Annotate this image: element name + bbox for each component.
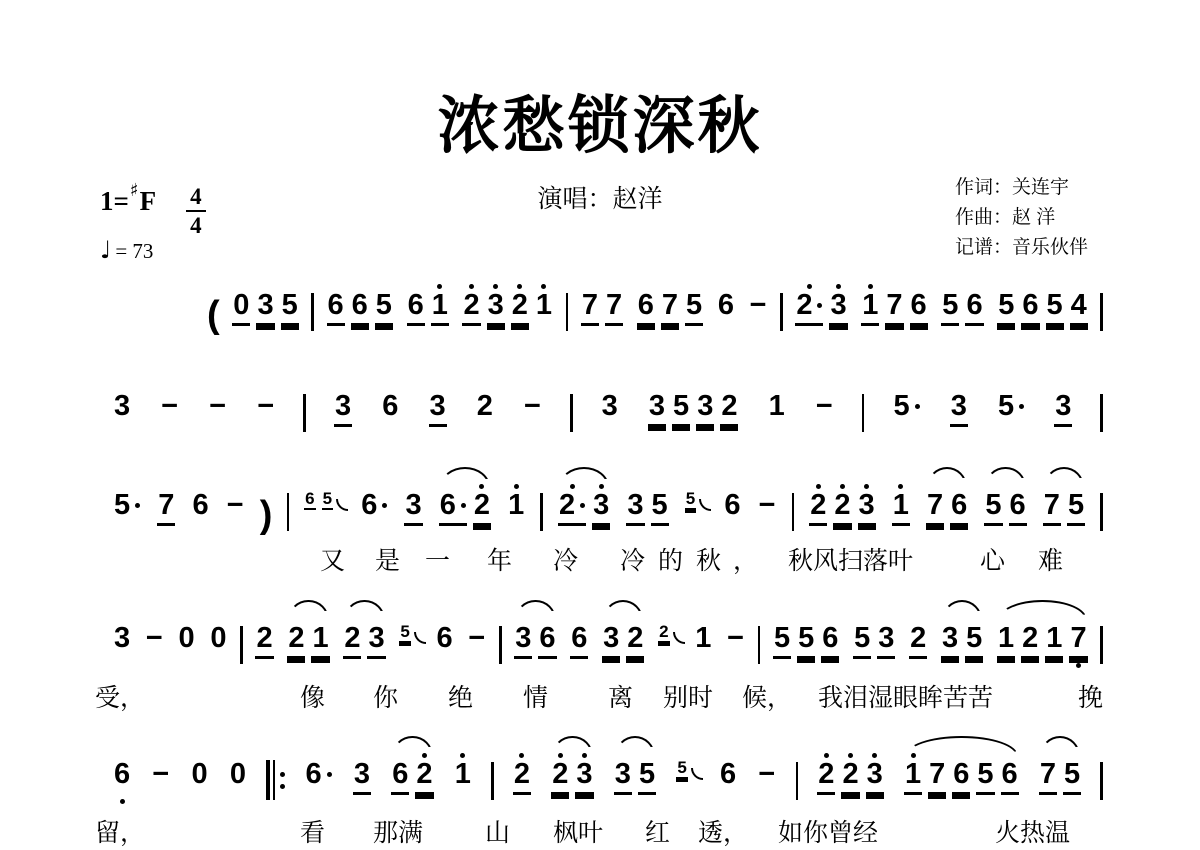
note-5: 5 — [375, 279, 393, 339]
lyric-segment: 透， — [698, 813, 748, 849]
note-digit: 3 — [114, 624, 130, 653]
note-digit: 1 — [862, 291, 878, 320]
note-digit: 0 — [230, 760, 246, 789]
note-3: 3 — [429, 380, 447, 440]
barline — [540, 493, 543, 531]
credits-block: 作词：关连宇 作曲：赵 洋 记谱：音乐伙伴 — [955, 173, 1088, 263]
note-1: 1 — [694, 612, 712, 672]
note-digit: − — [146, 624, 163, 653]
note-group: − — [253, 380, 278, 440]
note-group: 0 — [175, 612, 199, 672]
note-digit: 1 — [508, 491, 524, 520]
note-digit: 1 — [432, 291, 448, 320]
note-digit: 6 — [1002, 760, 1018, 789]
note-6: 6 — [950, 479, 968, 539]
note-6: 6 — [1021, 279, 1039, 339]
note-digit: 5 — [977, 760, 993, 789]
grace-tie — [414, 632, 426, 644]
note-digit: 7 — [927, 491, 943, 520]
note-5: 5 — [638, 748, 656, 808]
note-group: 5 — [994, 380, 1028, 440]
note-digit: 6 — [440, 491, 456, 520]
note-group: 3 — [947, 380, 971, 440]
note-group: − — [755, 479, 780, 539]
note-3: 3 — [866, 748, 884, 808]
rest-note: 0 — [209, 612, 227, 672]
note-group: 2 — [252, 612, 276, 672]
barline — [862, 394, 865, 432]
note-group: 1 — [889, 479, 913, 539]
note-digit: 3 — [576, 760, 592, 789]
note-digit: 2 — [818, 760, 834, 789]
note-digit: 2 — [256, 624, 272, 653]
note-1: 1 — [768, 380, 786, 440]
note-2: 2 — [658, 611, 669, 656]
note-group: 2 — [906, 612, 930, 672]
rest-note: 0 — [178, 612, 196, 672]
note-group: 23 — [792, 279, 850, 339]
note-digit: 6 — [720, 760, 736, 789]
note-group — [778, 293, 785, 339]
note-6: 6 — [192, 479, 210, 539]
note-group: 6 — [110, 748, 134, 808]
note-digit: 6 — [1010, 491, 1026, 520]
note-digit: 2 — [627, 624, 643, 653]
note-digit: 3 — [114, 392, 130, 421]
lyric-segment: 又 — [320, 541, 345, 577]
note-digit: 3 — [368, 624, 384, 653]
note-digit: 1 — [769, 392, 785, 421]
note-group: 6 — [189, 479, 213, 539]
note-digit: 7 — [886, 291, 902, 320]
lyric-segment: 是 — [375, 541, 400, 577]
note-2: 2 — [287, 612, 305, 672]
dash: − — [815, 380, 834, 440]
lyric-segment: 挽 — [1078, 678, 1103, 714]
note-group: 6 — [567, 612, 591, 672]
note-digit: 0 — [179, 624, 195, 653]
grace-tie — [673, 632, 685, 644]
note-digit: 3 — [335, 392, 351, 421]
note-1: 1 — [1045, 612, 1063, 672]
lyric-segment: 别时 — [663, 678, 713, 714]
note-5: 5 — [685, 478, 696, 523]
note-5: 5 — [1046, 279, 1064, 339]
note-digit: 2 — [288, 624, 304, 653]
note-digit: 3 — [515, 624, 531, 653]
note-group — [1098, 626, 1105, 672]
note-2: 2 — [833, 479, 851, 539]
dash: − — [757, 748, 776, 808]
note-digit: 7 — [1070, 624, 1086, 653]
note-group: − — [205, 380, 230, 440]
note-group: 223 — [806, 479, 878, 539]
transcriber-credit: 记谱：音乐伙伴 — [955, 233, 1088, 263]
grace-notes: 5 — [673, 747, 703, 792]
dash: − — [758, 479, 777, 539]
note-digit: 2 — [552, 760, 568, 789]
note-5: 5 — [322, 478, 333, 523]
note-2: 2 — [255, 612, 273, 672]
note-group: 6 — [720, 479, 744, 539]
lyric-segment: 你 — [373, 678, 398, 714]
note-6: 6 — [439, 479, 467, 539]
note-digit: 3 — [830, 291, 846, 320]
note-6: 6 — [360, 479, 388, 539]
note-group: 61 — [404, 279, 452, 339]
note-group: 3 — [426, 380, 450, 440]
note-group — [497, 626, 504, 672]
barline — [1100, 762, 1103, 800]
barline — [1100, 493, 1103, 531]
note-digit: 5 — [673, 392, 689, 421]
barline — [1100, 394, 1103, 432]
sheet-music-page: 浓愁锁深秋 演唱：赵洋 作词：关连宇 作曲：赵 洋 记谱：音乐伙伴 1=♯F 4… — [0, 0, 1200, 850]
note-digit: 3 — [354, 760, 370, 789]
note-group: ) — [258, 496, 275, 539]
note-digit: 5 — [282, 291, 298, 320]
note-digit: 3 — [942, 624, 958, 653]
lyric-segment: 我泪湿眼眸苦苦 — [818, 678, 993, 714]
augmentation-dot — [1019, 404, 1024, 409]
note-digit: 3 — [257, 291, 273, 320]
note-3: 3 — [941, 612, 959, 672]
lyric-segment: 年 — [487, 541, 512, 577]
note-6: 6 — [910, 279, 928, 339]
note-3: 3 — [858, 479, 876, 539]
note-1: 1 — [892, 479, 910, 539]
note-digit: − — [816, 392, 833, 421]
note-2: 2 — [513, 748, 531, 808]
note-2: 2 — [809, 479, 827, 539]
octave-dot-slot — [120, 795, 125, 808]
note-digit: 3 — [649, 392, 665, 421]
note-digit: − — [227, 491, 244, 520]
note-group: − — [520, 380, 545, 440]
note-digit: 5 — [774, 624, 790, 653]
note-2: 2 — [720, 380, 738, 440]
note-digit: 3 — [593, 491, 609, 520]
note-3: 3 — [1054, 380, 1072, 440]
note-2: 2 — [909, 612, 927, 672]
note-group: 5 — [110, 479, 144, 539]
dash: − — [208, 380, 227, 440]
note-6: 6 — [1009, 479, 1027, 539]
note-digit: 6 — [114, 760, 130, 789]
slur-group: 1217 — [994, 612, 1091, 672]
note-digit: 0 — [210, 624, 226, 653]
note-group — [301, 394, 308, 440]
lyric-segment: 留， — [95, 813, 145, 849]
music-line-1: (035665612321776756−23176565654 — [205, 279, 1105, 339]
note-6: 6 — [952, 748, 970, 808]
slur-group: 36 — [511, 612, 559, 672]
note-digit: 1 — [536, 291, 552, 320]
note-group: − — [464, 612, 489, 672]
grace-tie — [691, 768, 703, 780]
note-digit: 2 — [910, 624, 926, 653]
note-group: 5654 — [994, 279, 1091, 339]
lyric-segment: 秋风扫落叶 — [788, 541, 913, 577]
note-digit: 6 — [361, 491, 377, 520]
note-3: 3 — [601, 380, 619, 440]
note-digit: 6 — [306, 760, 322, 789]
lyric-segment: 枫叶 — [553, 813, 603, 849]
note-5: 5 — [892, 380, 920, 440]
note-6: 6 — [723, 479, 741, 539]
key-signature: 1=♯F 4 4 — [100, 188, 206, 243]
lyric-segment: 心 — [980, 541, 1005, 577]
note-group — [1098, 293, 1105, 339]
note-7: 7 — [885, 279, 903, 339]
note-digit: 2 — [834, 491, 850, 520]
note-7: 7 — [928, 748, 946, 808]
note-group: 665 — [324, 279, 396, 339]
augmentation-dot — [817, 303, 822, 308]
note-group: 6 — [302, 748, 336, 808]
note-digit: 5 — [677, 759, 686, 776]
note-digit: − — [524, 392, 541, 421]
note-2: 2 — [511, 279, 529, 339]
note-2: 2 — [473, 479, 491, 539]
note-digit: − — [209, 392, 226, 421]
quarter-note-icon: ♩ — [100, 236, 111, 264]
note-group: − — [746, 279, 771, 339]
note-2: 2 — [1021, 612, 1039, 672]
note-digit: 3 — [697, 392, 713, 421]
note-digit: 5 — [652, 491, 668, 520]
note-3: 3 — [404, 479, 422, 539]
rest-note: 0 — [191, 748, 209, 808]
note-5: 5 — [773, 612, 791, 672]
note-3: 3 — [950, 380, 968, 440]
lyric-segment: 候， — [742, 678, 792, 714]
note-group: 6 — [378, 380, 402, 440]
note-5: 5 — [984, 479, 1002, 539]
note-1: 1 — [507, 479, 525, 539]
note-digit: 5 — [376, 291, 392, 320]
lyric-segment: 的 — [658, 541, 683, 577]
note-digit: 3 — [878, 624, 894, 653]
grace-notes: 5 — [682, 478, 712, 523]
barline — [311, 293, 314, 331]
note-6: 6 — [719, 748, 737, 808]
note-digit: 2 — [344, 624, 360, 653]
lyric-segment: ， — [733, 541, 758, 577]
note-group: − — [723, 612, 748, 672]
dash: − — [256, 380, 275, 440]
tempo-equals: = — [115, 239, 127, 263]
note-digit: 7 — [1040, 760, 1056, 789]
note-5: 5 — [797, 612, 815, 672]
note-2: 2 — [841, 748, 859, 808]
note-2: 2 — [626, 612, 644, 672]
dash: − — [160, 380, 179, 440]
lyric-segment: 山 — [485, 813, 510, 849]
note-group — [790, 493, 797, 539]
note-group: 176 — [858, 279, 930, 339]
lyric-segment: 看 — [300, 813, 325, 849]
barline — [796, 762, 799, 800]
repeat-sign — [266, 760, 285, 800]
low-octave-dot — [1076, 663, 1081, 668]
note-digit: 5 — [1064, 760, 1080, 789]
note-digit: 3 — [859, 491, 875, 520]
note-group: 7 — [154, 479, 178, 539]
note-6: 6 — [538, 612, 556, 672]
note-3: 3 — [334, 380, 352, 440]
note-digit: − — [727, 624, 744, 653]
note-digit: 2 — [721, 392, 737, 421]
note-6: 6 — [821, 612, 839, 672]
note-group: 3 — [110, 380, 134, 440]
note-5: 5 — [997, 380, 1025, 440]
dash: − — [226, 479, 245, 539]
note-5: 5 — [976, 748, 994, 808]
note-group — [285, 493, 292, 539]
note-6: 6 — [351, 279, 369, 339]
music-line-3: 576−)6563621233556−2231765675 — [110, 479, 1105, 539]
lyric-segment: 受， — [95, 678, 145, 714]
note-3: 3 — [256, 279, 274, 339]
note-digit: 4 — [1071, 291, 1087, 320]
dash: − — [523, 380, 542, 440]
note-digit: − — [758, 760, 775, 789]
grace-tie — [699, 499, 711, 511]
note-4: 4 — [1070, 279, 1088, 339]
note-digit: 1 — [312, 624, 328, 653]
note-3: 3 — [575, 748, 593, 808]
note-1: 1 — [431, 279, 449, 339]
note-digit: 3 — [1055, 392, 1071, 421]
note-6: 6 — [304, 478, 315, 523]
note-digit: 5 — [893, 392, 909, 421]
slur-group: 75 — [1040, 479, 1088, 539]
note-7: 7 — [1043, 479, 1061, 539]
note-1: 1 — [861, 279, 879, 339]
lyric-segment: 秋 — [696, 541, 721, 577]
note-2: 2 — [476, 380, 494, 440]
lyric-segment: 离 — [608, 678, 633, 714]
note-digit: 1 — [1046, 624, 1062, 653]
meter-denominator: 4 — [190, 212, 202, 238]
parenthesis: ) — [260, 496, 273, 534]
note-group — [568, 394, 575, 440]
parenthesis: ( — [207, 296, 220, 334]
grace-tie — [336, 499, 348, 511]
slur-group: 62 — [436, 479, 494, 539]
note-5: 5 — [1063, 748, 1081, 808]
note-7: 7 — [661, 279, 679, 339]
note-digit: 7 — [929, 760, 945, 789]
note-group — [538, 493, 545, 539]
note-3: 3 — [353, 748, 371, 808]
note-digit: 1 — [905, 760, 921, 789]
note-group: 1 — [691, 612, 715, 672]
note-digit: − — [750, 291, 767, 320]
grace-notes: 5 — [396, 611, 426, 656]
note-digit: 6 — [911, 291, 927, 320]
slur-group: 75 — [1036, 748, 1084, 808]
note-3: 3 — [113, 380, 131, 440]
note-6: 6 — [327, 279, 345, 339]
lyric-segment: 火热温 — [995, 813, 1070, 849]
note-group: 2 — [510, 748, 534, 808]
note-1: 1 — [904, 748, 922, 808]
lyric-segment: 难 — [1038, 541, 1063, 577]
barline — [1100, 293, 1103, 331]
slur-group: 23 — [548, 748, 596, 808]
note-digit: 5 — [942, 291, 958, 320]
note-2: 2 — [551, 748, 569, 808]
note-group: 556 — [770, 612, 842, 672]
slur-group: 76 — [923, 479, 971, 539]
barline — [1100, 626, 1103, 664]
barline — [792, 493, 795, 531]
note-2: 2 — [817, 748, 835, 808]
note-digit: 5 — [400, 623, 409, 640]
note-2: 2 — [795, 279, 823, 339]
note-3: 3 — [696, 380, 714, 440]
barline — [491, 762, 494, 800]
note-group: 5 — [889, 380, 923, 440]
lyric-segment: 冷 — [620, 541, 645, 577]
note-group — [564, 293, 571, 339]
augmentation-dot — [580, 503, 585, 508]
note-group — [264, 760, 287, 808]
note-7: 7 — [1069, 612, 1087, 672]
note-group: 56 — [938, 279, 986, 339]
note-group: 3532 — [645, 380, 742, 440]
note-group: 6 — [357, 479, 391, 539]
note-digit: 5 — [686, 291, 702, 320]
tempo-marking: ♩= 73 — [100, 236, 153, 264]
note-1: 1 — [535, 279, 553, 339]
note-digit: 3 — [615, 760, 631, 789]
note-2: 2 — [415, 748, 433, 808]
augmentation-dot — [915, 404, 920, 409]
note-5: 5 — [399, 611, 410, 656]
note-digit: 6 — [408, 291, 424, 320]
note-digit: 6 — [382, 392, 398, 421]
note-3: 3 — [487, 279, 505, 339]
barline — [780, 293, 783, 331]
grace-notes: 65 — [301, 478, 349, 523]
note-digit: − — [161, 392, 178, 421]
note-group: 1 — [765, 380, 789, 440]
note-3: 3 — [514, 612, 532, 672]
slur-group: 62 — [388, 748, 436, 808]
music-line-4: 3−002212356−3663221−556532351217 — [110, 612, 1105, 672]
note-digit: − — [468, 624, 485, 653]
barline — [758, 626, 761, 664]
note-digit: 5 — [798, 624, 814, 653]
barline — [287, 493, 290, 531]
note-3: 3 — [602, 612, 620, 672]
note-6: 6 — [717, 279, 735, 339]
note-7: 7 — [581, 279, 599, 339]
note-group: − — [148, 748, 173, 808]
note-digit: 2 — [810, 491, 826, 520]
note-group: − — [754, 748, 779, 808]
note-digit: 7 — [1044, 491, 1060, 520]
note-group: 1 — [451, 748, 475, 808]
note-5: 5 — [965, 612, 983, 672]
note-digit: 5 — [114, 491, 130, 520]
note-digit: 1 — [455, 760, 471, 789]
note-digit: 5 — [854, 624, 870, 653]
note-digit: 2 — [796, 291, 812, 320]
